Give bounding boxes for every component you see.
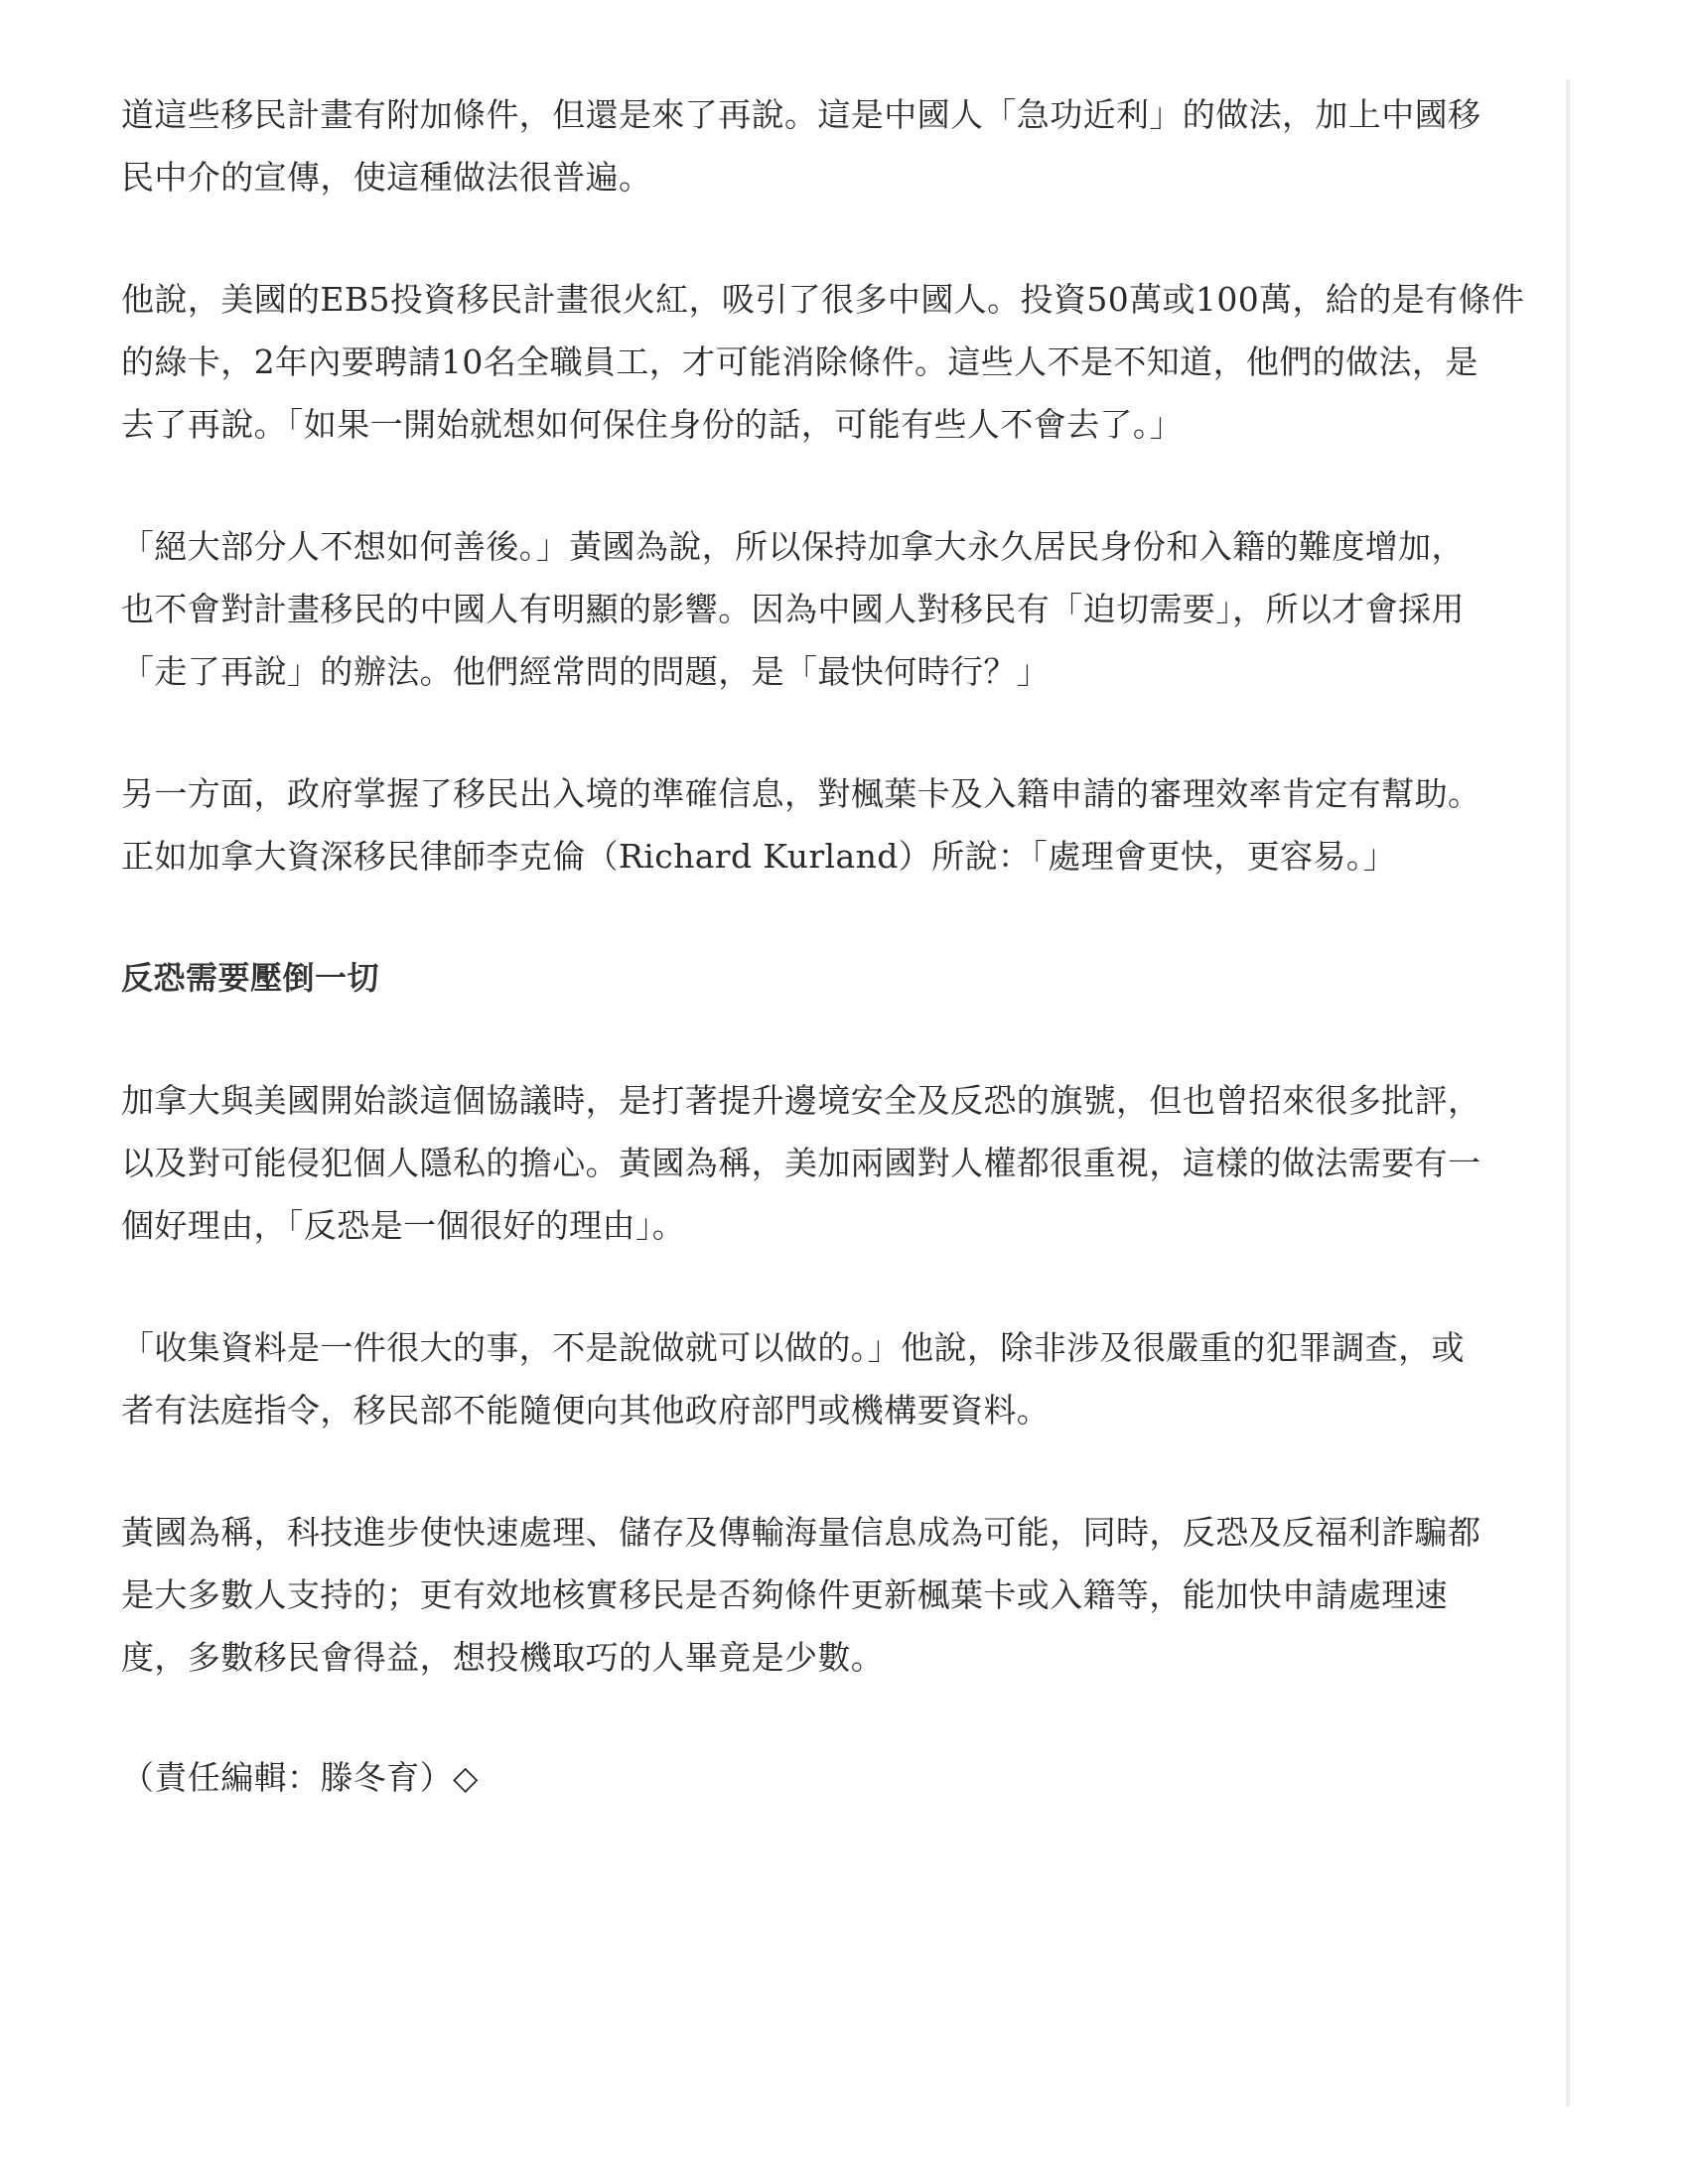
text-line: 「收集資料是一件很大的事，不是說做就可以做的。」他說，除非涉及很嚴重的犯罪調查，… [121, 1316, 1563, 1379]
text-line: 的綠卡，2年內要聘請10名全職員工，才可能消除條件。這些人不是不知道，他們的做法… [121, 331, 1563, 393]
text-line: 「絕大部分人不想如何善後。」黃國為說，所以保持加拿大永久居民身份和入籍的難度增加… [121, 515, 1563, 578]
text-line: 也不會對計畫移民的中國人有明顯的影響。因為中國人對移民有「迫切需要」，所以才會採… [121, 578, 1563, 640]
text-line: 道這些移民計畫有附加條件，但還是來了再說。這是中國人「急功近利」的做法，加上中國… [121, 83, 1563, 146]
text-line: 個好理由，「反恐是一個很好的理由」。 [121, 1194, 1563, 1257]
text-line: 加拿大與美國開始談這個協議時，是打著提升邊境安全及反恐的旗號，但也曾招來很多批評… [121, 1069, 1563, 1132]
text-line: 以及對可能侵犯個人隱私的擔心。黃國為稱，美加兩國對人權都很重視，這樣的做法需要有… [121, 1132, 1563, 1194]
paragraph: 黃國為稱，科技進步使快速處理、儲存及傳輸海量信息成為可能，同時，反恐及反福利詐騙… [121, 1501, 1563, 1689]
text-line: 另一方面，政府掌握了移民出入境的準確信息，對楓葉卡及入籍申請的審理效率肯定有幫助… [121, 762, 1563, 825]
paragraph: 「收集資料是一件很大的事，不是說做就可以做的。」他說，除非涉及很嚴重的犯罪調查，… [121, 1316, 1563, 1441]
text-line: 「走了再說」的辦法。他們經常問的問題，是「最快何時行？」 [121, 640, 1563, 703]
text-line: 去了再說。「如果一開始就想如何保住身份的話，可能有些人不會去了。」 [121, 393, 1563, 456]
text-line: 黃國為稱，科技進步使快速處理、儲存及傳輸海量信息成為可能，同時，反恐及反福利詐騙… [121, 1501, 1563, 1564]
text-line: 是大多數人支持的；更有效地核實移民是否夠條件更新楓葉卡或入籍等，能加快申請處理速 [121, 1564, 1563, 1626]
text-line: 他說，美國的EB5投資移民計畫很火紅，吸引了很多中國人。投資50萬或100萬，給… [121, 268, 1563, 331]
paragraph: 加拿大與美國開始談這個協議時，是打著提升邊境安全及反恐的旗號，但也曾招來很多批評… [121, 1069, 1563, 1257]
paragraph: 他說，美國的EB5投資移民計畫很火紅，吸引了很多中國人。投資50萬或100萬，給… [121, 268, 1563, 456]
paragraph: 道這些移民計畫有附加條件，但還是來了再說。這是中國人「急功近利」的做法，加上中國… [121, 83, 1563, 208]
text-line: 民中介的宣傳，使這種做法很普遍。 [121, 146, 1563, 208]
article-body: 道這些移民計畫有附加條件，但還是來了再說。這是中國人「急功近利」的做法，加上中國… [121, 83, 1563, 1809]
paragraph: 另一方面，政府掌握了移民出入境的準確信息，對楓葉卡及入籍申請的審理效率肯定有幫助… [121, 762, 1563, 887]
editor-credit-text: （責任編輯：滕冬育）◇ [121, 1746, 1563, 1809]
text-line: 正如加拿大資深移民律師李克倫（Richard Kurland）所說：「處理會更快… [121, 825, 1563, 887]
text-line: 者有法庭指令，移民部不能隨便向其他政府部門或機構要資料。 [121, 1379, 1563, 1441]
paragraph: 「絕大部分人不想如何善後。」黃國為說，所以保持加拿大永久居民身份和入籍的難度增加… [121, 515, 1563, 703]
page-edge-divider [1566, 79, 1570, 2107]
editor-credit: （責任編輯：滕冬育）◇ [121, 1746, 1563, 1809]
section-heading: 反恐需要壓倒一切 [121, 947, 1563, 1010]
text-line: 度，多數移民會得益，想投機取巧的人畢竟是少數。 [121, 1626, 1563, 1689]
